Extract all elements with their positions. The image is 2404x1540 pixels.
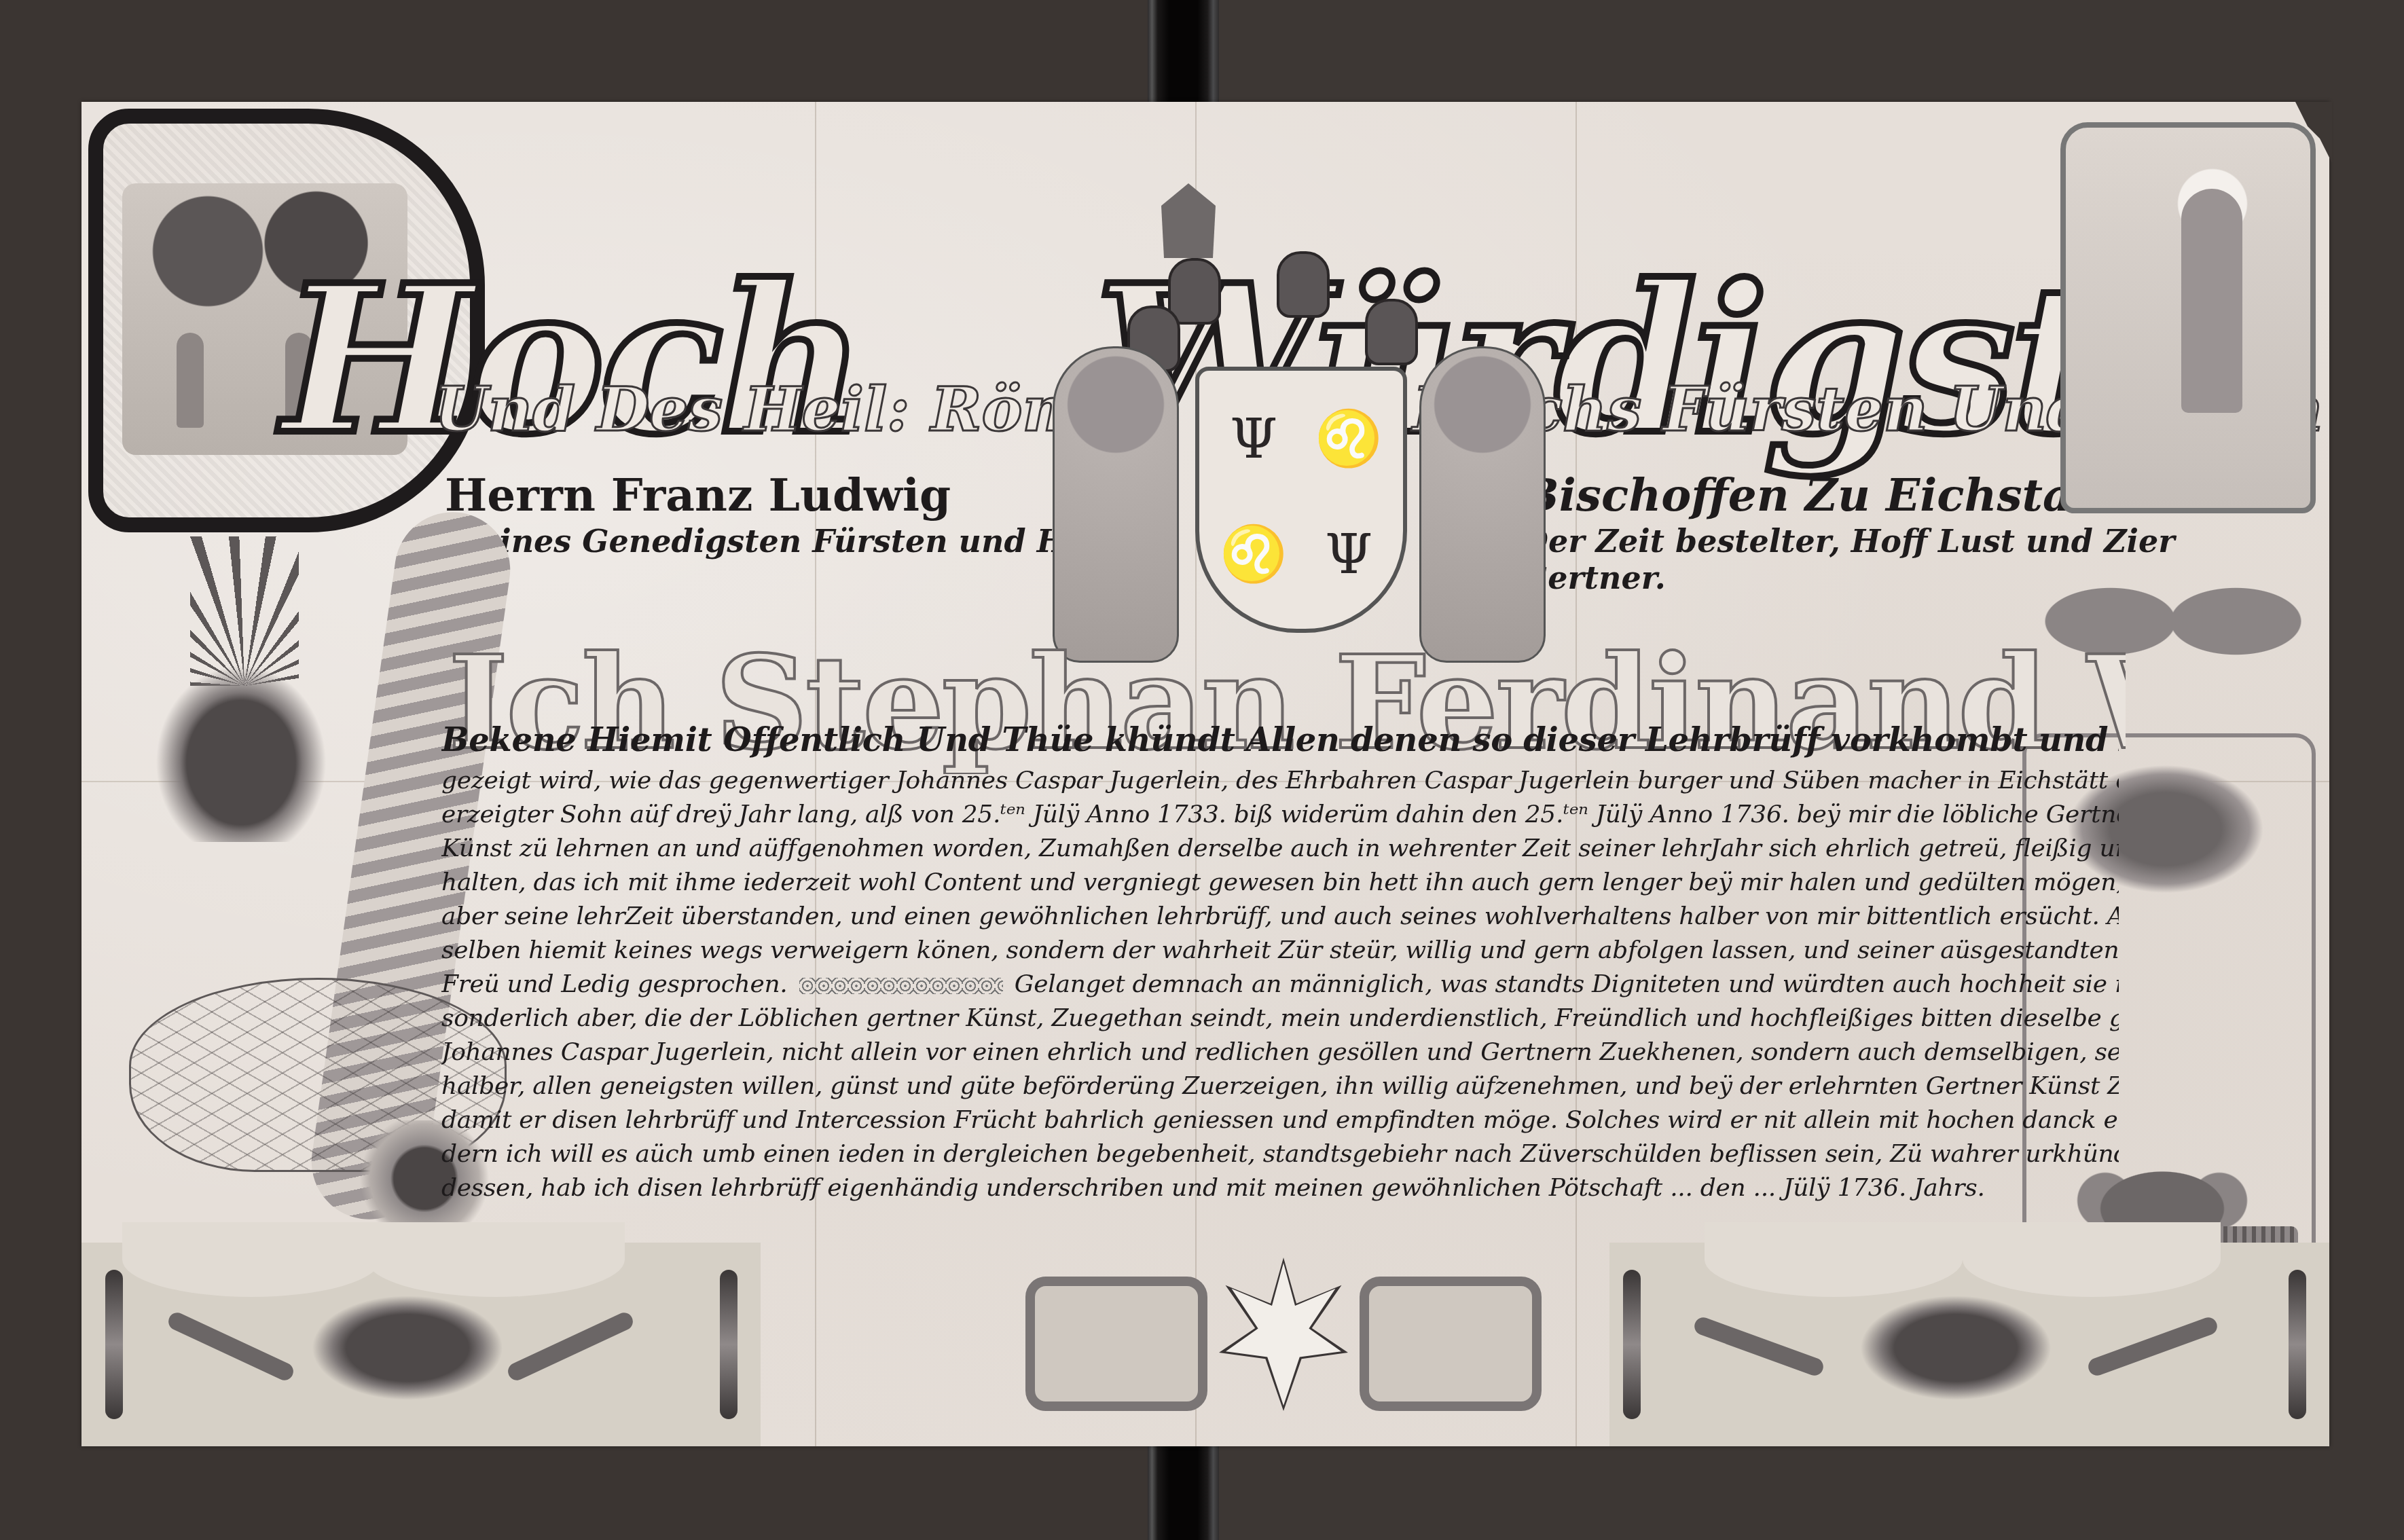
body-line: selben hiemit keines wegs verweigern kön… [441, 934, 2119, 968]
body-line: dern ich will es aüch umb einen ieden in… [441, 1137, 2119, 1171]
shield-icon: Ψ ♌ ♌ Ψ [1195, 367, 1407, 633]
body-line: aber seine lehrZeit überstanden, und ein… [441, 900, 2119, 934]
eight-point-star-icon [1226, 1263, 1341, 1406]
body-line-start: Freü und Ledig gesprochen. [441, 970, 787, 998]
body-line: damit er disen lehrbrüff und Intercessio… [441, 1103, 2119, 1137]
certificate-sheet: Des Hoch Würdigst Und Des Heil: Röm: Rei… [81, 102, 2329, 1446]
body-line: halber, allen geneigsten willen, günst u… [441, 1069, 2119, 1103]
resurrection-scene-icon [2060, 122, 2316, 513]
ornamental-divider-icon [799, 978, 1003, 994]
lions-passant-icon: ♌ [1301, 384, 1396, 493]
spindle-icon [720, 1270, 737, 1419]
helmet-icon [1168, 258, 1221, 325]
body-line-continuation: Gelanget demnach an männiglich, was stan… [1015, 970, 2119, 998]
body-line: gezeigt wird, wie das gegenwertiger Joha… [441, 764, 2119, 798]
subtitle-left: Und Des Heil: Röm: [435, 373, 1110, 445]
antlers-icon: Ψ [1301, 500, 1396, 608]
spindle-icon [1623, 1270, 1641, 1419]
lion-supporter-icon [1053, 346, 1179, 663]
spindle-icon [105, 1270, 123, 1419]
palmette-panel-icon [1360, 1277, 1542, 1411]
patron-title: Bischoffen Zu Eichstatt [1521, 469, 2113, 521]
plant-icon [190, 536, 299, 686]
coat-of-arms-icon: Ψ ♌ ♌ Ψ [1080, 143, 1528, 645]
spindle-icon [2289, 1270, 2306, 1419]
antlers-icon: Ψ [1206, 384, 1301, 493]
helmet-icon [1277, 251, 1330, 318]
body-line: Johannes Caspar Jugerlein, nicht allein … [441, 1035, 2119, 1069]
urn-plant-icon [156, 665, 326, 842]
body-line: erzeigter Sohn aüf dreÿ Jahr lang, alß v… [441, 798, 2119, 832]
bouquet-icon [265, 1270, 550, 1426]
palmette-panel-icon [1025, 1277, 1207, 1411]
certificate-body: Bekene Hiemit Offentlich Und Thüe khündt… [441, 716, 2119, 1205]
footer-flap-right [1609, 1243, 2329, 1446]
christ-figure-icon [2181, 189, 2242, 413]
body-line: Freü und Ledig gesprochen. Gelanget demn… [441, 968, 2119, 1002]
patron-role: Meines Genedigsten Fürsten und Heren, [445, 523, 1156, 560]
body-line: dessen, hab ich disen lehrbrüff eigenhän… [441, 1171, 2119, 1205]
body-line: Künst zü lehrnen an und aüffgenohmen wor… [441, 832, 2119, 866]
helmet-icon [1365, 299, 1418, 365]
body-line: Bekene Hiemit Offentlich Und Thüe khündt… [441, 716, 2119, 764]
mitre-icon [1161, 183, 1216, 258]
patron-name: Herrn Franz Ludwig [445, 469, 951, 521]
lions-passant-icon: ♌ [1206, 500, 1301, 608]
bouquet-icon [1813, 1270, 2098, 1426]
lion-supporter-icon [1419, 346, 1546, 663]
footer-flap-left [81, 1243, 761, 1446]
body-line: sonderlich aber, die der Löblichen gertn… [441, 1002, 2119, 1035]
body-line: halten, das ich mit ihme iederzeit wohl … [441, 866, 2119, 900]
star-cartouche [1025, 1263, 1542, 1406]
